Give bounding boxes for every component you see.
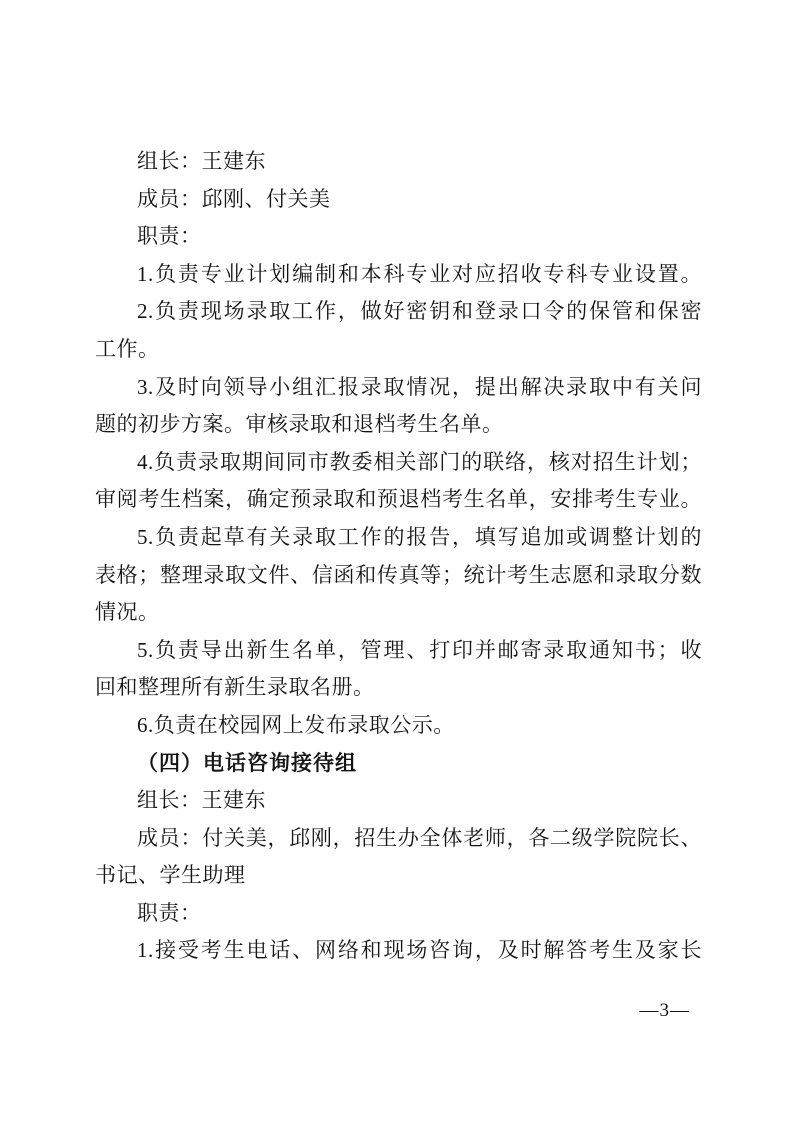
text-line-duty-4-cont: 审阅考生档案，确定预录取和预退档考生名单，安排考生专业。 xyxy=(95,481,702,519)
text-line-duty-3-cont: 题的初步方案。审核录取和退档考生名单。 xyxy=(95,406,702,444)
text-line-duty-2: 2.负责现场录取工作，做好密钥和登录口令的保管和保密 xyxy=(95,293,702,331)
text-line-duty-5a-end: 情况。 xyxy=(95,594,702,632)
page-number: —3— xyxy=(640,1000,691,1022)
text-line-leader-2: 组长：王建东 xyxy=(95,782,702,820)
text-line-duty-1: 1.负责专业计划编制和本科专业对应招收专科专业设置。 xyxy=(95,256,702,294)
text-line-leader: 组长：王建东 xyxy=(95,143,702,181)
section-heading: （四）电话咨询接待组 xyxy=(95,745,702,783)
text-line-duty-3: 3.及时向领导小组汇报录取情况，提出解决录取中有关问 xyxy=(95,369,702,407)
text-line-duty-5a: 5.负责起草有关录取工作的报告，填写追加或调整计划的 xyxy=(95,519,702,557)
text-line-members-2-cont: 书记、学生助理 xyxy=(95,857,702,895)
text-line-duty-2-1: 1.接受考生电话、网络和现场咨询，及时解答考生及家长 xyxy=(95,932,702,970)
text-line-duty-4: 4.负责录取期间同市教委相关部门的联络，核对招生计划； xyxy=(95,444,702,482)
text-line-duty-2-cont: 工作。 xyxy=(95,331,702,369)
text-line-duty-5b-cont: 回和整理所有新生录取名册。 xyxy=(95,669,702,707)
text-line-members: 成员：邱刚、付关美 xyxy=(95,181,702,219)
text-line-duty-5a-cont: 表格；整理录取文件、信函和传真等；统计考生志愿和录取分数 xyxy=(95,557,702,595)
document-page: 组长：王建东 成员：邱刚、付关美 职责： 1.负责专业计划编制和本科专业对应招收… xyxy=(0,0,794,1122)
text-line-duties-label: 职责： xyxy=(95,218,702,256)
text-line-duties-label-2: 职责： xyxy=(95,895,702,933)
text-line-duty-5b: 5.负责导出新生名单，管理、打印并邮寄录取通知书；收 xyxy=(95,632,702,670)
text-line-duty-6: 6.负责在校园网上发布录取公示。 xyxy=(95,707,702,745)
text-line-members-2: 成员：付关美，邱刚，招生办全体老师，各二级学院院长、 xyxy=(95,820,702,858)
document-body: 组长：王建东 成员：邱刚、付关美 职责： 1.负责专业计划编制和本科专业对应招收… xyxy=(95,143,702,970)
